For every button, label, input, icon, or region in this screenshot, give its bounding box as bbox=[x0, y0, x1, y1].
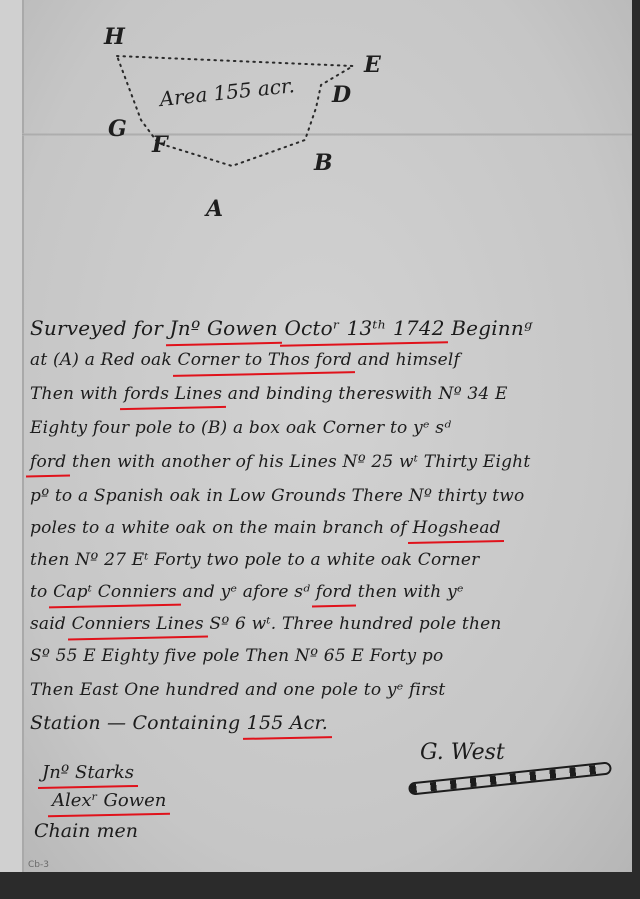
annotated-phrase: Octoʳ 13ᵗʰ 1742 bbox=[284, 316, 444, 340]
plat-corner-label: H bbox=[103, 24, 126, 50]
survey-text: poles to a white oak on the main branch … bbox=[30, 518, 412, 538]
survey-line: Then East One hundred and one pole to yᵉ… bbox=[30, 680, 445, 700]
survey-text: and binding thereswith Nº 34 E bbox=[222, 384, 507, 404]
survey-text: said bbox=[30, 614, 72, 634]
plat-corner-labels: HEDBGFA bbox=[103, 24, 382, 222]
survey-text: Then with bbox=[30, 384, 124, 404]
survey-line: at (A) a Red oak Corner to Thos ford and… bbox=[30, 350, 460, 370]
annotated-phrase: Capᵗ Conniers bbox=[53, 582, 177, 602]
survey-text: then with another of his Lines Nº 25 wᵗ … bbox=[66, 452, 530, 472]
survey-text: Eighty four pole to (B) a box oak Corner… bbox=[30, 418, 451, 438]
survey-line: Station — Containing 155 Acr. bbox=[30, 712, 328, 734]
survey-line: Then with fords Lines and binding theres… bbox=[30, 384, 508, 404]
survey-line: then Nº 27 Eᵗ Forty two pole to a white … bbox=[30, 550, 479, 570]
survey-line: pº to a Spanish oak in Low Grounds There… bbox=[30, 486, 524, 506]
survey-line: Surveyed for Jnº Gowen Octoʳ 13ᵗʰ 1742 B… bbox=[30, 316, 532, 340]
survey-text: pº to a Spanish oak in Low Grounds There… bbox=[30, 486, 524, 506]
survey-text: then Nº 27 Eᵗ Forty two pole to a white … bbox=[30, 550, 479, 570]
chainmen-label: Chain men bbox=[34, 820, 138, 842]
survey-text: at (A) a Red oak bbox=[30, 350, 177, 370]
surveyor-signature: G. West bbox=[420, 740, 505, 765]
annotated-phrase: Hogshead bbox=[412, 518, 500, 538]
annotated-phrase: 155 Acr. bbox=[247, 712, 328, 734]
plat-area-label: Area 155 acr. bbox=[156, 73, 295, 111]
survey-text: and yᵉ afore sᵈ bbox=[177, 582, 316, 602]
survey-text: Station — Containing bbox=[30, 712, 247, 734]
survey-text: Surveyed for bbox=[30, 316, 170, 340]
archive-stamp: Cb-3 bbox=[28, 860, 49, 870]
survey-line: ford then with another of his Lines Nº 2… bbox=[30, 452, 530, 472]
survey-text: then with yᵉ bbox=[352, 582, 464, 602]
plat-corner-label: G bbox=[108, 116, 127, 142]
annotated-phrase: Jnº Gowen bbox=[170, 316, 278, 340]
survey-text: Then East One hundred and one pole to yᵉ… bbox=[30, 680, 445, 700]
plat-corner-label: D bbox=[331, 82, 351, 108]
chainman-name: Jnº Starks bbox=[42, 762, 134, 783]
scan-border-bottom bbox=[0, 872, 640, 899]
plat-diagram: HEDBGFA Area 155 acr. bbox=[0, 0, 640, 240]
plat-corner-label: B bbox=[313, 150, 333, 176]
plat-corner-label: A bbox=[204, 196, 223, 222]
survey-line: Eighty four pole to (B) a box oak Corner… bbox=[30, 418, 451, 438]
survey-line: said Conniers Lines Sº 6 wᵗ. Three hundr… bbox=[30, 614, 502, 634]
survey-text: and himself bbox=[352, 350, 460, 370]
annotated-phrase: ford bbox=[316, 582, 352, 602]
plat-corner-label: F bbox=[151, 132, 169, 158]
plat-corner-label: E bbox=[363, 52, 382, 78]
annotated-phrase: Conniers Lines bbox=[72, 614, 204, 634]
chainman-name: Alexʳ Gowen bbox=[52, 790, 166, 811]
survey-text: Beginnᵍ bbox=[445, 316, 532, 340]
survey-text: Sº 55 E Eighty five pole Then Nº 65 E Fo… bbox=[30, 646, 443, 666]
survey-text: to bbox=[30, 582, 53, 602]
survey-text: Sº 6 wᵗ. Three hundred pole then bbox=[204, 614, 502, 634]
annotated-phrase: fords Lines bbox=[124, 384, 222, 404]
annotated-phrase: Corner to Thos ford bbox=[177, 350, 351, 370]
survey-line: poles to a white oak on the main branch … bbox=[30, 518, 501, 538]
annotated-phrase: ford bbox=[30, 452, 66, 472]
survey-line: to Capᵗ Conniers and yᵉ afore sᵈ ford th… bbox=[30, 582, 464, 602]
survey-line: Sº 55 E Eighty five pole Then Nº 65 E Fo… bbox=[30, 646, 443, 666]
